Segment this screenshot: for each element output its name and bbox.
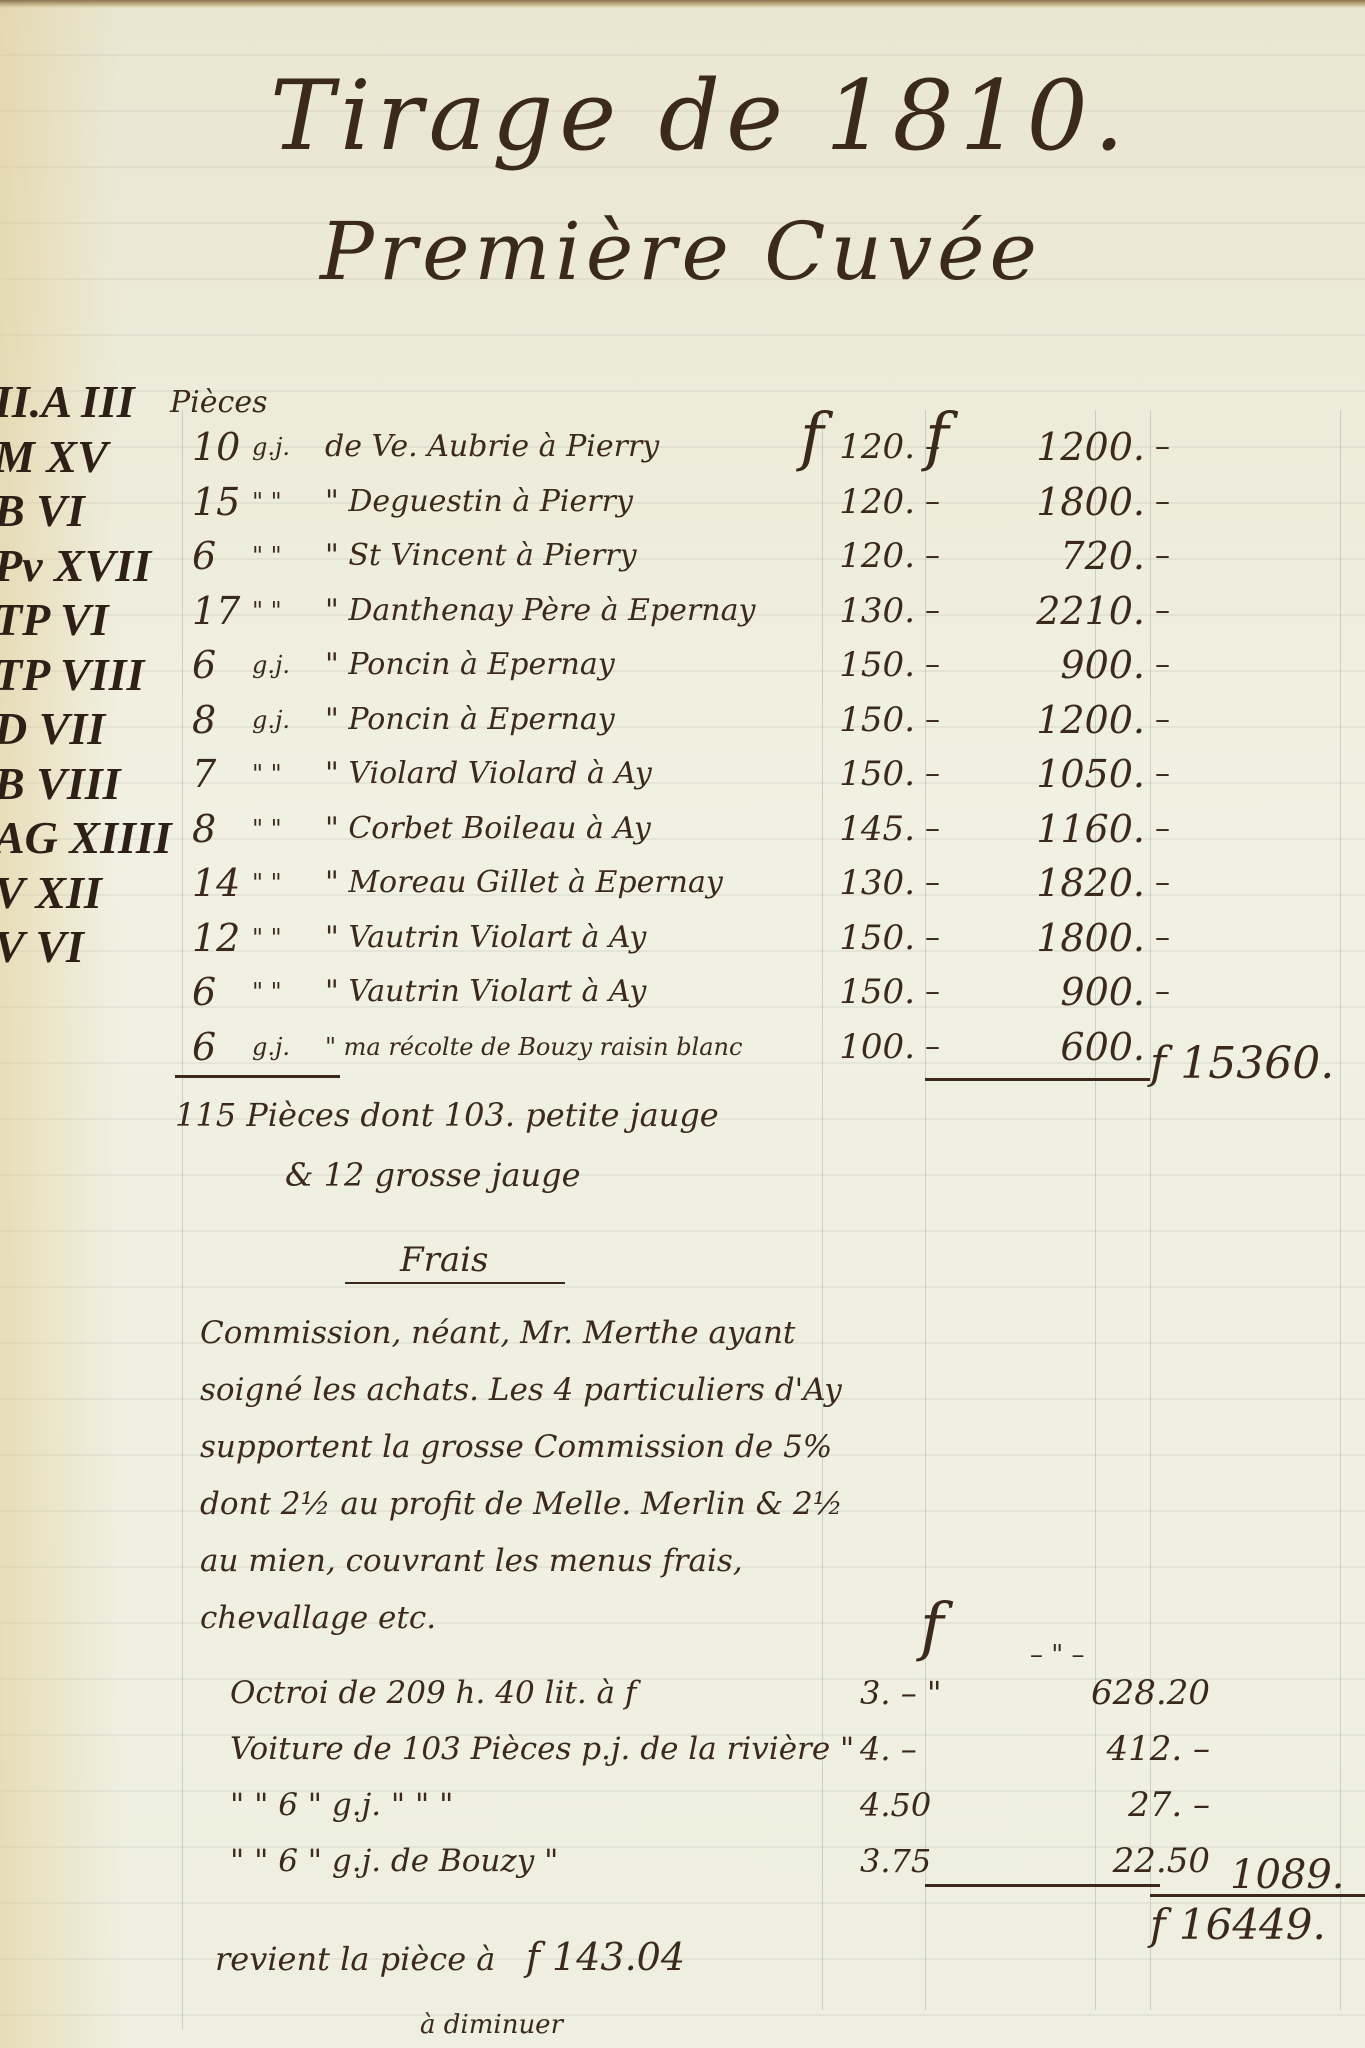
row-price: 150. — [815, 911, 915, 965]
ledger-row: 17 " " " Danthenay Père à Epernay 130. –… — [180, 584, 1360, 639]
fee-description: Octroi de 209 h. 40 lit. à f — [230, 1665, 636, 1721]
row-qty: 12 — [192, 911, 242, 965]
fee-rate: 3. – " — [860, 1665, 970, 1721]
cask-mark: V XII — [0, 866, 170, 921]
row-dash: – — [925, 911, 940, 965]
document-subtitle: Première Cuvée — [320, 205, 1042, 298]
row-dash: – — [1155, 965, 1170, 1019]
ledger-row: 8 g.j. " Poncin à Epernay 150. – 1200. – — [180, 693, 1360, 748]
row-amount: 1160. — [995, 802, 1145, 856]
fee-description: " " 6 " g.j. de Bouzy " — [230, 1833, 558, 1889]
footer-note: à diminuer — [420, 2010, 563, 2040]
ledger-table: 10 g.j. de Ve. Aubrie à Pierry 120. – 12… — [180, 420, 1360, 1074]
row-qty: 8 — [192, 802, 242, 856]
row-amount: 1050. — [995, 747, 1145, 801]
page-top-edge — [0, 0, 1365, 8]
ledger-row: 14 " " " Moreau Gillet à Epernay 130. – … — [180, 856, 1360, 911]
row-price: 120. — [815, 420, 915, 474]
cask-mark: V VI — [0, 920, 170, 975]
summary-line: 115 Pièces dont 103. petite jauge — [175, 1085, 719, 1145]
row-gauge: " " — [252, 911, 282, 965]
row-dash: – — [1155, 856, 1170, 910]
fee-rate: 3.75 — [860, 1833, 970, 1889]
row-qty: 15 — [192, 475, 242, 529]
fee-row: Octroi de 209 h. 40 lit. à f 3. – " 628.… — [230, 1665, 1365, 1721]
row-price: 130. — [815, 584, 915, 638]
cask-mark: M XV — [0, 430, 170, 485]
row-dash: – — [925, 856, 940, 910]
row-qty: 6 — [192, 965, 242, 1019]
frais-underline — [345, 1282, 565, 1284]
grand-total: f 15360. — [1150, 1038, 1334, 1089]
row-qty: 7 — [192, 747, 242, 801]
row-dash: – — [925, 693, 940, 747]
frais-heading: Frais — [400, 1240, 488, 1280]
row-price: 150. — [815, 693, 915, 747]
row-gauge: g.j. — [252, 693, 290, 747]
fee-amount: 412. – — [1020, 1721, 1210, 1777]
row-amount: 1800. — [995, 911, 1145, 965]
row-dash: – — [1155, 747, 1170, 801]
ledger-row: 10 g.j. de Ve. Aubrie à Pierry 120. – 12… — [180, 420, 1360, 475]
row-gauge: " " — [252, 856, 282, 910]
cask-mark: AG XIIII — [0, 811, 170, 866]
row-qty: 6 — [192, 529, 242, 583]
row-amount: 1200. — [995, 420, 1145, 474]
row-amount: 900. — [995, 965, 1145, 1019]
row-price: 130. — [815, 856, 915, 910]
row-dash: – — [1155, 638, 1170, 692]
row-dash: – — [1155, 529, 1170, 583]
row-qty: 6 — [192, 638, 242, 692]
fee-rate: 4. – — [860, 1721, 970, 1777]
fee-row: Voiture de 103 Pièces p.j. de la rivière… — [230, 1721, 1365, 1777]
row-dash: – — [1155, 584, 1170, 638]
row-amount: 600. — [995, 1020, 1145, 1074]
fee-description: " " 6 " g.j. " " " — [230, 1777, 453, 1833]
fee-row: " " 6 " g.j. " " " 4.50 27. – — [230, 1777, 1365, 1833]
row-price: 150. — [815, 965, 915, 1019]
fees-table: Octroi de 209 h. 40 lit. à f 3. – " 628.… — [230, 1665, 1365, 1889]
row-dash: – — [925, 638, 940, 692]
row-amount: 2210. — [995, 584, 1145, 638]
franc-symbol: f — [920, 1590, 944, 1664]
cask-mark: TP VI — [0, 593, 170, 648]
row-gauge: g.j. — [252, 638, 290, 692]
row-price: 150. — [815, 747, 915, 801]
cask-mark: Pv XVII — [0, 539, 170, 594]
row-dash: – — [925, 475, 940, 529]
row-price: 145. — [815, 802, 915, 856]
per-piece-label: revient la pièce à — [215, 1940, 495, 1978]
ledger-row: 7 " " " Violard Violard à Ay 150. – 1050… — [180, 747, 1360, 802]
ledger-row: 6 " " " St Vincent à Pierry 120. – 720. … — [180, 529, 1360, 584]
row-amount: 1200. — [995, 693, 1145, 747]
summary-line: & 12 grosse jauge — [175, 1145, 719, 1205]
row-dash: – — [925, 965, 940, 1019]
row-dash: – — [925, 584, 940, 638]
row-dash: – — [925, 529, 940, 583]
ledger-row: 8 " " " Corbet Boileau à Ay 145. – 1160.… — [180, 802, 1360, 857]
row-price: 150. — [815, 638, 915, 692]
row-dash: – — [925, 802, 940, 856]
row-dash: – — [925, 747, 940, 801]
row-dash: – — [1155, 911, 1170, 965]
ledger-row: 6 " " " Vautrin Violart à Ay 150. – 900.… — [180, 965, 1360, 1020]
row-qty: 17 — [192, 584, 242, 638]
ledger-row: 15 " " " Deguestin à Pierry 120. – 1800.… — [180, 475, 1360, 530]
ledger-row: 12 " " " Vautrin Violart à Ay 150. – 180… — [180, 911, 1360, 966]
row-dash: – — [1155, 420, 1170, 474]
cask-mark: B VI — [0, 484, 170, 539]
fee-amount: 22.50 — [1020, 1833, 1210, 1889]
ledger-row: 6 g.j. " Poncin à Epernay 150. – 900. – — [180, 638, 1360, 693]
row-qty: 8 — [192, 693, 242, 747]
row-gauge: " " — [252, 965, 282, 1019]
fee-row: " " 6 " g.j. de Bouzy " 3.75 22.50 — [230, 1833, 1365, 1889]
fees-subtotal: 1089. — [1230, 1852, 1345, 1898]
document-title: Tirage de 1810. — [270, 60, 1130, 172]
row-gauge: g.j. — [252, 1020, 290, 1074]
row-price: 120. — [815, 529, 915, 583]
row-price: 120. — [815, 475, 915, 529]
fee-amount: 628.20 — [1020, 1665, 1210, 1721]
row-dash: – — [1155, 693, 1170, 747]
row-gauge: " " — [252, 747, 282, 801]
cask-mark: TP VIII — [0, 648, 170, 703]
fees-total-rule — [925, 1884, 1160, 1887]
per-piece-cost: revient la pièce à f 143.04 — [215, 1935, 685, 1979]
cask-mark: II.A III — [0, 375, 170, 430]
pieces-summary: 115 Pièces dont 103. petite jauge & 12 g… — [175, 1085, 719, 1205]
row-amount: 1800. — [995, 475, 1145, 529]
row-gauge: " " — [252, 475, 282, 529]
amount-total-rule — [925, 1078, 1150, 1081]
row-qty: 6 — [192, 1020, 242, 1074]
row-gauge: g.j. — [252, 420, 290, 474]
cask-mark: B VIII — [0, 757, 170, 812]
row-amount: 1820. — [995, 856, 1145, 910]
row-amount: 900. — [995, 638, 1145, 692]
row-gauge: " " — [252, 802, 282, 856]
row-dash: – — [1155, 475, 1170, 529]
per-piece-value: f 143.04 — [526, 1935, 685, 1979]
cask-mark: D VII — [0, 702, 170, 757]
row-gauge: " " — [252, 529, 282, 583]
fee-amount: 27. – — [1020, 1777, 1210, 1833]
qty-total-rule — [175, 1075, 340, 1078]
row-qty: 14 — [192, 856, 242, 910]
frais-description: Commission, néant, Mr. Merthe ayant soig… — [200, 1305, 880, 1647]
cask-marks-column: II.A III M XV B VI Pv XVII TP VI TP VIII… — [0, 375, 170, 975]
row-price: 100. — [815, 1020, 915, 1074]
row-dash: – — [925, 1020, 940, 1074]
pieces-heading: Pièces — [170, 385, 268, 420]
row-amount: 720. — [995, 529, 1145, 583]
fee-rate: 4.50 — [860, 1777, 970, 1833]
row-gauge: " " — [252, 584, 282, 638]
fee-description: Voiture de 103 Pièces p.j. de la rivière… — [230, 1721, 854, 1777]
row-dash: – — [925, 420, 940, 474]
row-dash: – — [1155, 802, 1170, 856]
row-qty: 10 — [192, 420, 242, 474]
overall-total: f 16449. — [1150, 1900, 1326, 1949]
